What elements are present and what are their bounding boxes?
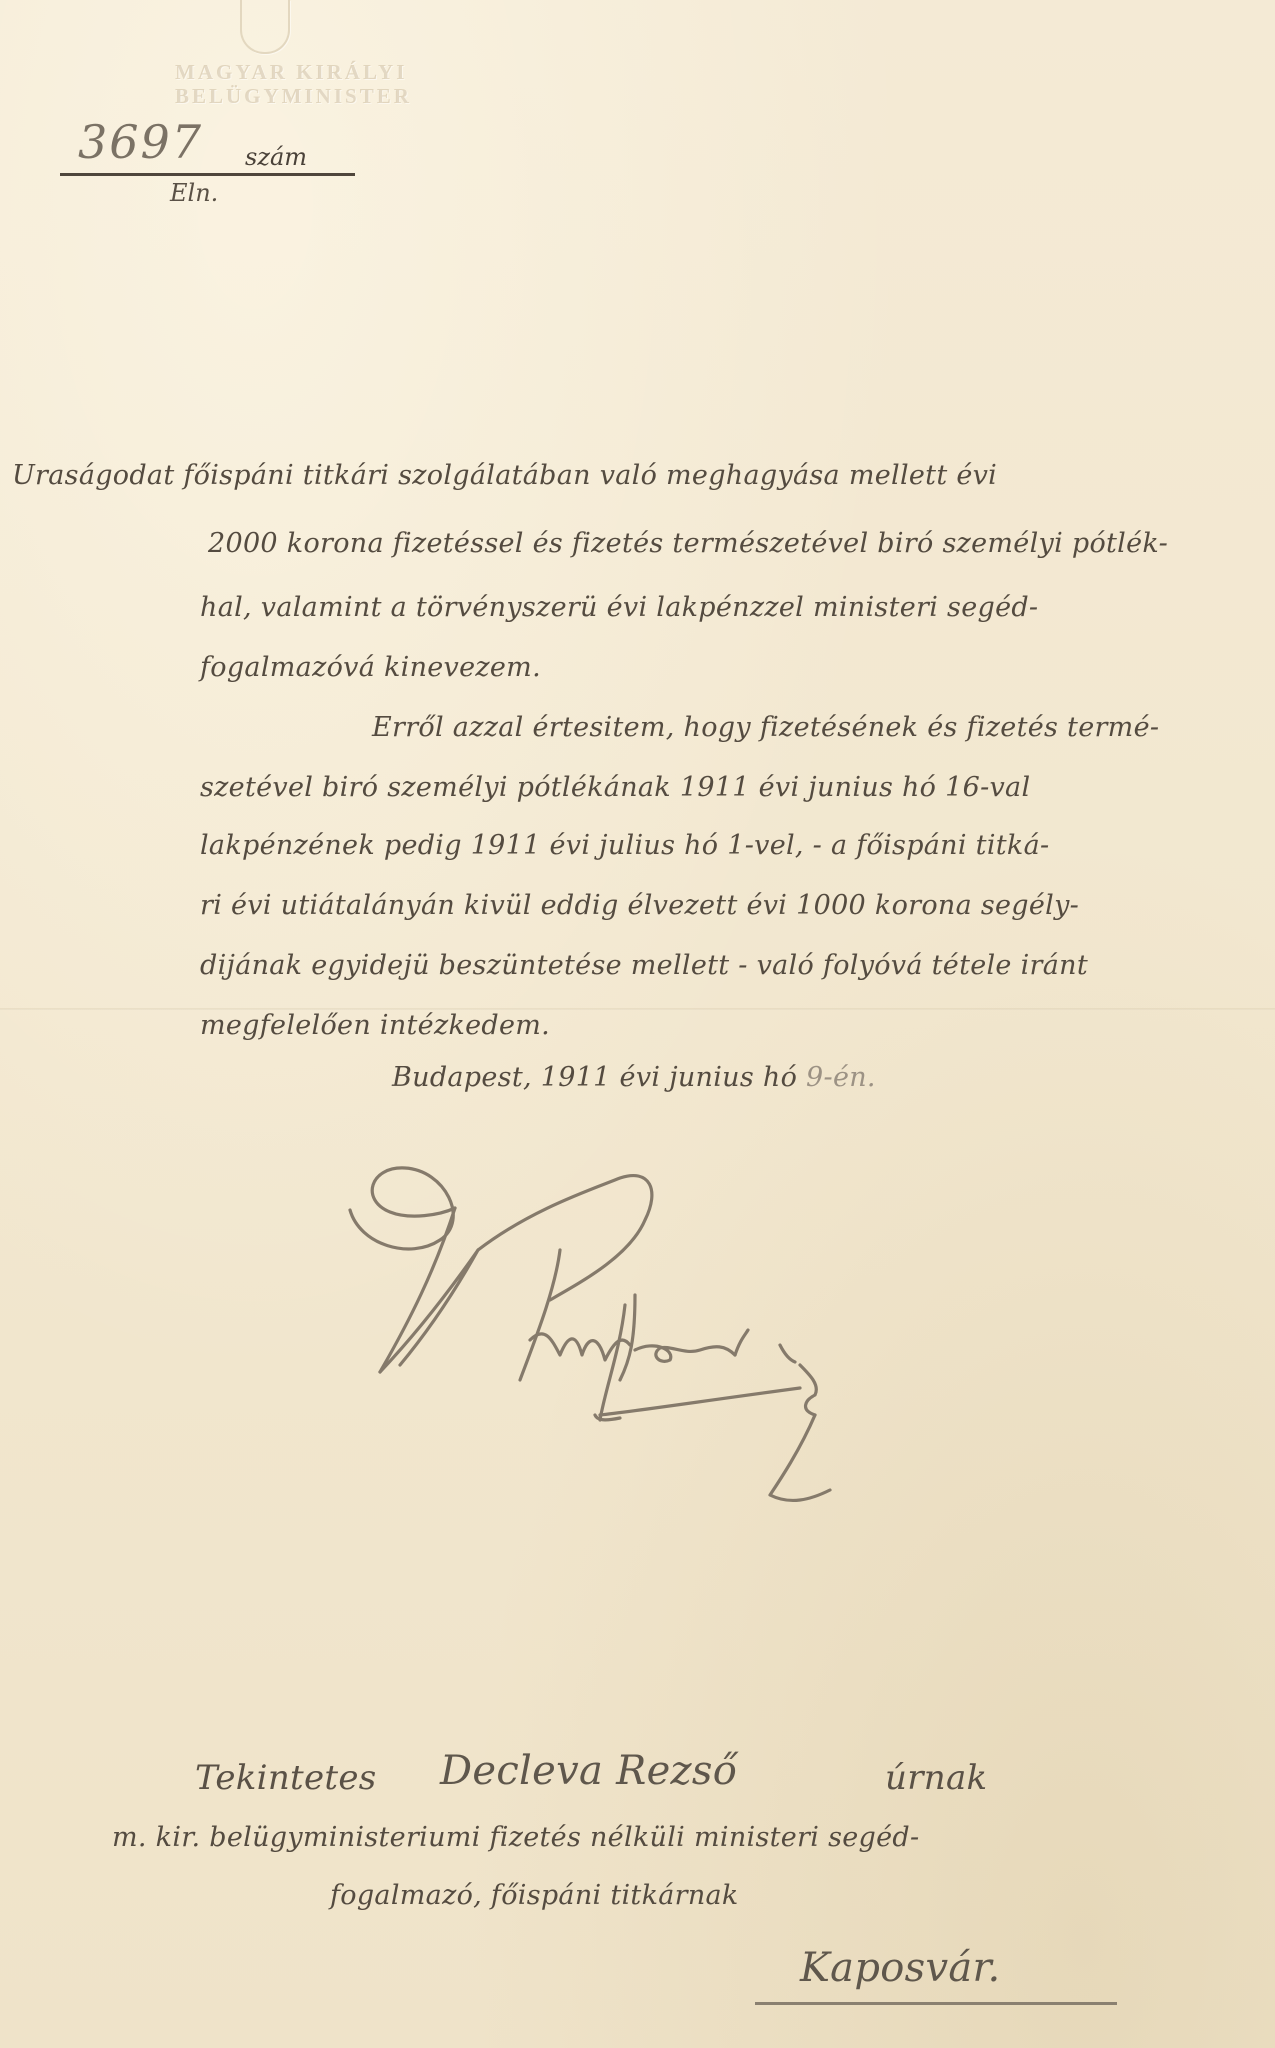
letter-page: MAGYAR KIRÁLYI BELÜGYMINISTER 3697 szám … bbox=[0, 0, 1275, 2048]
reference-label: szám bbox=[245, 143, 307, 171]
address-title-line-2: fogalmazó, főispáni titkárnak bbox=[330, 1880, 739, 1911]
dateline-place-date: Budapest, 1911 évi junius hó bbox=[392, 1062, 797, 1093]
body-line: lakpénzének pedig 1911 évi julius hó 1-v… bbox=[200, 830, 1049, 861]
department-abbrev: Eln. bbox=[170, 179, 218, 207]
reference-number: 3697 bbox=[78, 115, 203, 169]
emboss-line-1: MAGYAR KIRÁLYI bbox=[175, 60, 355, 84]
minister-signature bbox=[330, 1150, 1030, 1520]
body-line: megfelelően intézkedem. bbox=[200, 1010, 550, 1041]
reference-number-block: 3697 szám Eln. bbox=[60, 115, 360, 225]
paper-fold-line bbox=[0, 1008, 1275, 1010]
address-city: Kaposvár. bbox=[800, 1945, 1001, 1991]
body-line: dijának egyidejü beszüntetése mellett - … bbox=[200, 950, 1088, 981]
city-underline bbox=[755, 2002, 1117, 2005]
address-honorific: úrnak bbox=[885, 1758, 987, 1798]
body-line: ri évi utiátalányán kivül eddig élvezett… bbox=[200, 890, 1079, 921]
reference-underline bbox=[60, 173, 355, 176]
address-title-line-1: m. kir. belügyministeriumi fizetés nélkü… bbox=[112, 1822, 919, 1853]
ministry-emboss-stamp: MAGYAR KIRÁLYI BELÜGYMINISTER bbox=[175, 0, 355, 125]
body-line: hal, valamint a törvényszerü évi lakpénz… bbox=[200, 592, 1038, 623]
body-line: Uraságodat főispáni titkári szolgálatába… bbox=[12, 460, 997, 491]
body-line: szetével biró személyi pótlékának 1911 é… bbox=[200, 772, 1030, 803]
coat-of-arms-shield-icon bbox=[240, 0, 290, 54]
body-line: fogalmazóvá kinevezem. bbox=[200, 652, 541, 683]
address-recipient: Decleva Rezső bbox=[440, 1748, 737, 1794]
body-line: 2000 korona fizetéssel és fizetés termés… bbox=[208, 528, 1168, 559]
dateline-day: 9-én. bbox=[806, 1062, 876, 1093]
emboss-line-2: BELÜGYMINISTER bbox=[175, 84, 355, 108]
address-salutation: Tekintetes bbox=[195, 1758, 377, 1798]
dateline: Budapest, 1911 évi junius hó 9-én. bbox=[392, 1062, 876, 1093]
body-line: Erről azzal értesitem, hogy fizetésének … bbox=[372, 712, 1159, 743]
